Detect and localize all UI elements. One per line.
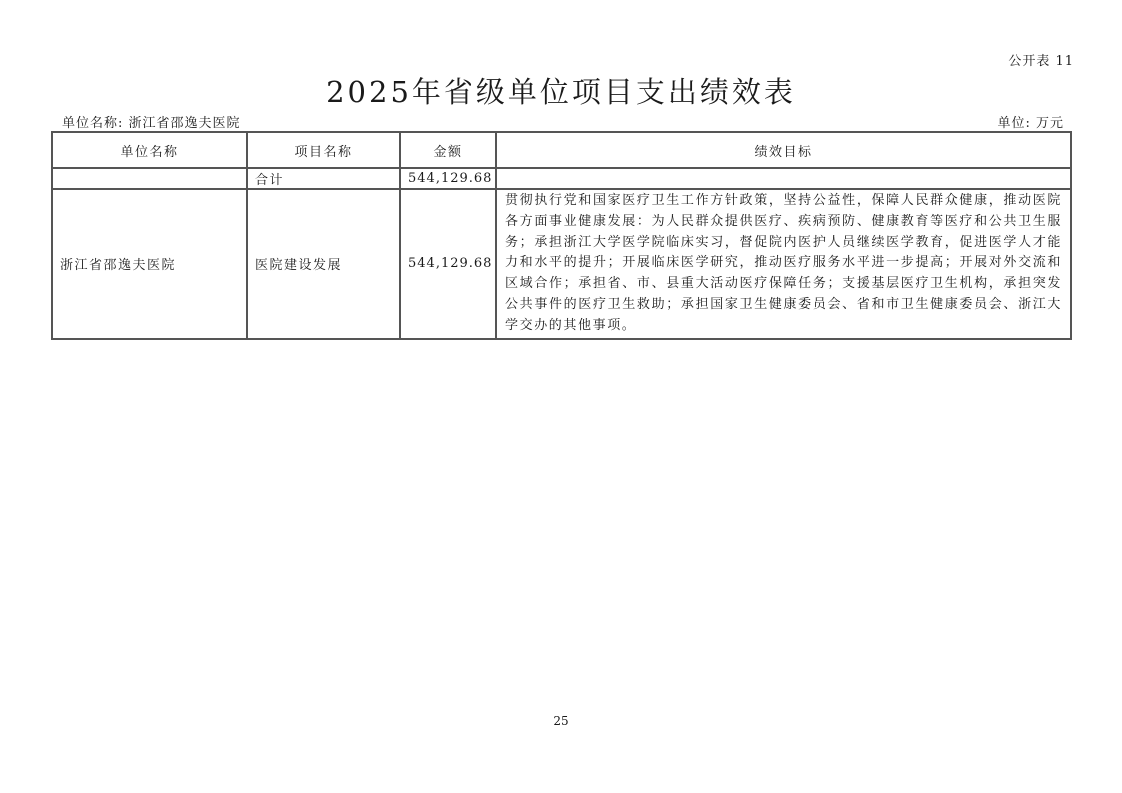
total-label: 合计 <box>247 168 400 189</box>
row-unit: 浙江省邵逸夫医院 <box>52 189 247 339</box>
header-amount: 金额 <box>400 132 496 168</box>
header-project: 项目名称 <box>247 132 400 168</box>
page-title: 2025年省级单位项目支出绩效表 <box>0 70 1122 111</box>
total-unit <box>52 168 247 189</box>
row-project: 医院建设发展 <box>247 189 400 339</box>
table-number: 公开表 11 <box>1008 50 1074 69</box>
table-row: 浙江省邵逸夫医院 医院建设发展 544,129.68 贯彻执行党和国家医疗卫生工… <box>52 189 1071 339</box>
performance-table: 单位名称 项目名称 金额 绩效目标 合计 544,129.68 浙江省邵逸夫医院… <box>51 131 1072 340</box>
unit-name-value: 浙江省邵逸夫医院 <box>129 116 241 131</box>
header-unit: 单位名称 <box>52 132 247 168</box>
table-header-row: 单位名称 项目名称 金额 绩效目标 <box>52 132 1071 168</box>
unit-name-line: 单位名称: 浙江省邵逸夫医院 <box>62 112 241 131</box>
total-row: 合计 544,129.68 <box>52 168 1071 189</box>
page-number: 25 <box>0 714 1122 728</box>
header-goal: 绩效目标 <box>496 132 1071 168</box>
unit-name-label: 单位名称: <box>62 116 123 131</box>
currency-unit: 单位: 万元 <box>997 112 1064 131</box>
total-goal <box>496 168 1071 189</box>
row-goal: 贯彻执行党和国家医疗卫生工作方针政策，坚持公益性，保障人民群众健康，推动医院各方… <box>496 189 1071 339</box>
total-amount: 544,129.68 <box>400 168 496 189</box>
row-amount: 544,129.68 <box>400 189 496 339</box>
